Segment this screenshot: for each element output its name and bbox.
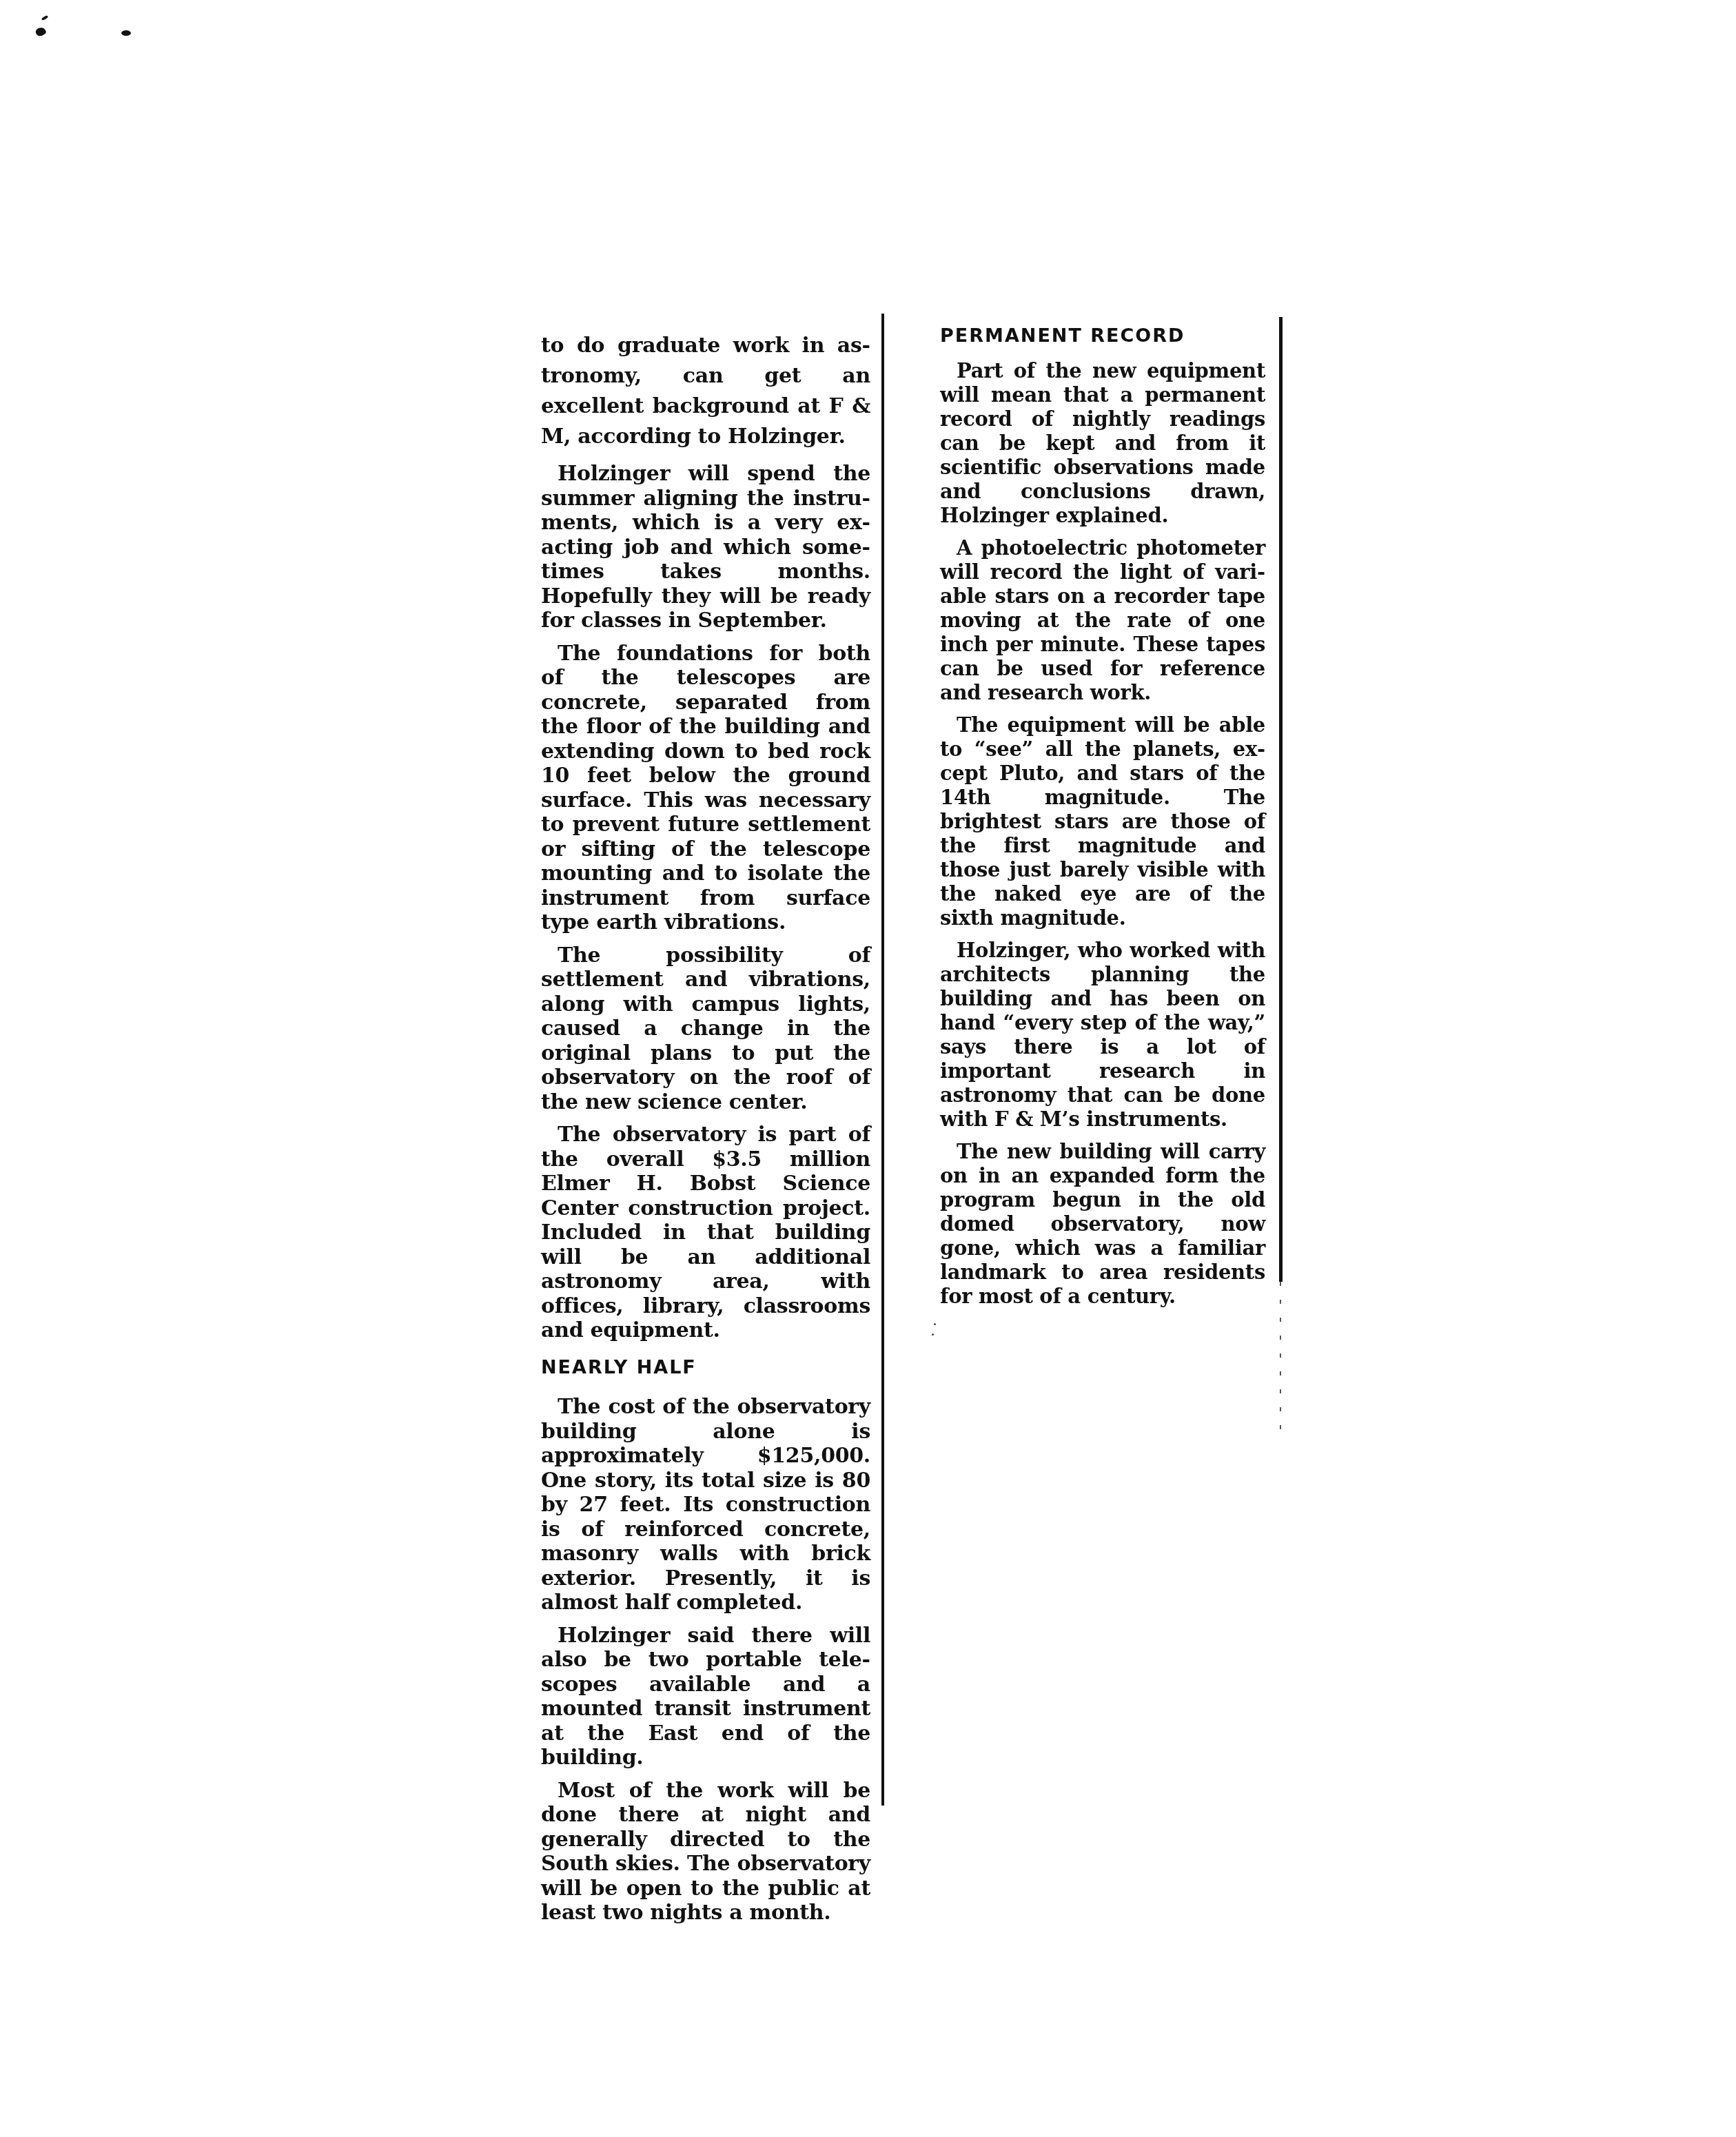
- paragraph: The observatory is part of the overall $…: [541, 1123, 870, 1343]
- paragraph: The foundations for both of the telescop…: [541, 642, 870, 935]
- paragraph: The new building will carry on in an exp…: [940, 1140, 1265, 1309]
- article-column-left: to do graduate work in as­tronomy, can g…: [541, 331, 870, 1934]
- column-divider-right-faded: [1280, 1282, 1281, 1433]
- paragraph: The possibility of settlement and vibrat…: [541, 943, 870, 1115]
- paragraph: Holzinger, who worked with architects pl…: [940, 939, 1265, 1132]
- subhead-permanent-record: PERMANENT RECORD: [940, 324, 1265, 348]
- paragraph: to do graduate work in as­tronomy, can g…: [541, 331, 870, 452]
- paragraph: Most of the work will be done there at n…: [541, 1779, 870, 1925]
- column-divider-left: [881, 314, 884, 1806]
- paragraph: The cost of the observatory building alo…: [541, 1395, 870, 1615]
- scan-speck: [41, 15, 49, 21]
- scan-speck: [121, 30, 131, 36]
- scan-speck: [934, 1323, 936, 1325]
- paragraph: A photoelectric photometer will record t…: [940, 536, 1265, 705]
- article-column-right: PERMANENT RECORD Part of the new equipme…: [940, 324, 1265, 1317]
- paragraph: Holzinger said there will also be two po…: [541, 1624, 870, 1770]
- scan-speck: [932, 1333, 934, 1336]
- column-divider-right: [1279, 317, 1283, 1282]
- paragraph: Holzinger will spend the summer aligning…: [541, 462, 870, 633]
- paragraph: Part of the new equipment will mean that…: [940, 359, 1265, 528]
- paragraph: The equipment will be able to “see” all …: [940, 713, 1265, 930]
- scan-speck: [34, 25, 47, 37]
- subhead-nearly-half: NEARLY HALF: [541, 1356, 870, 1380]
